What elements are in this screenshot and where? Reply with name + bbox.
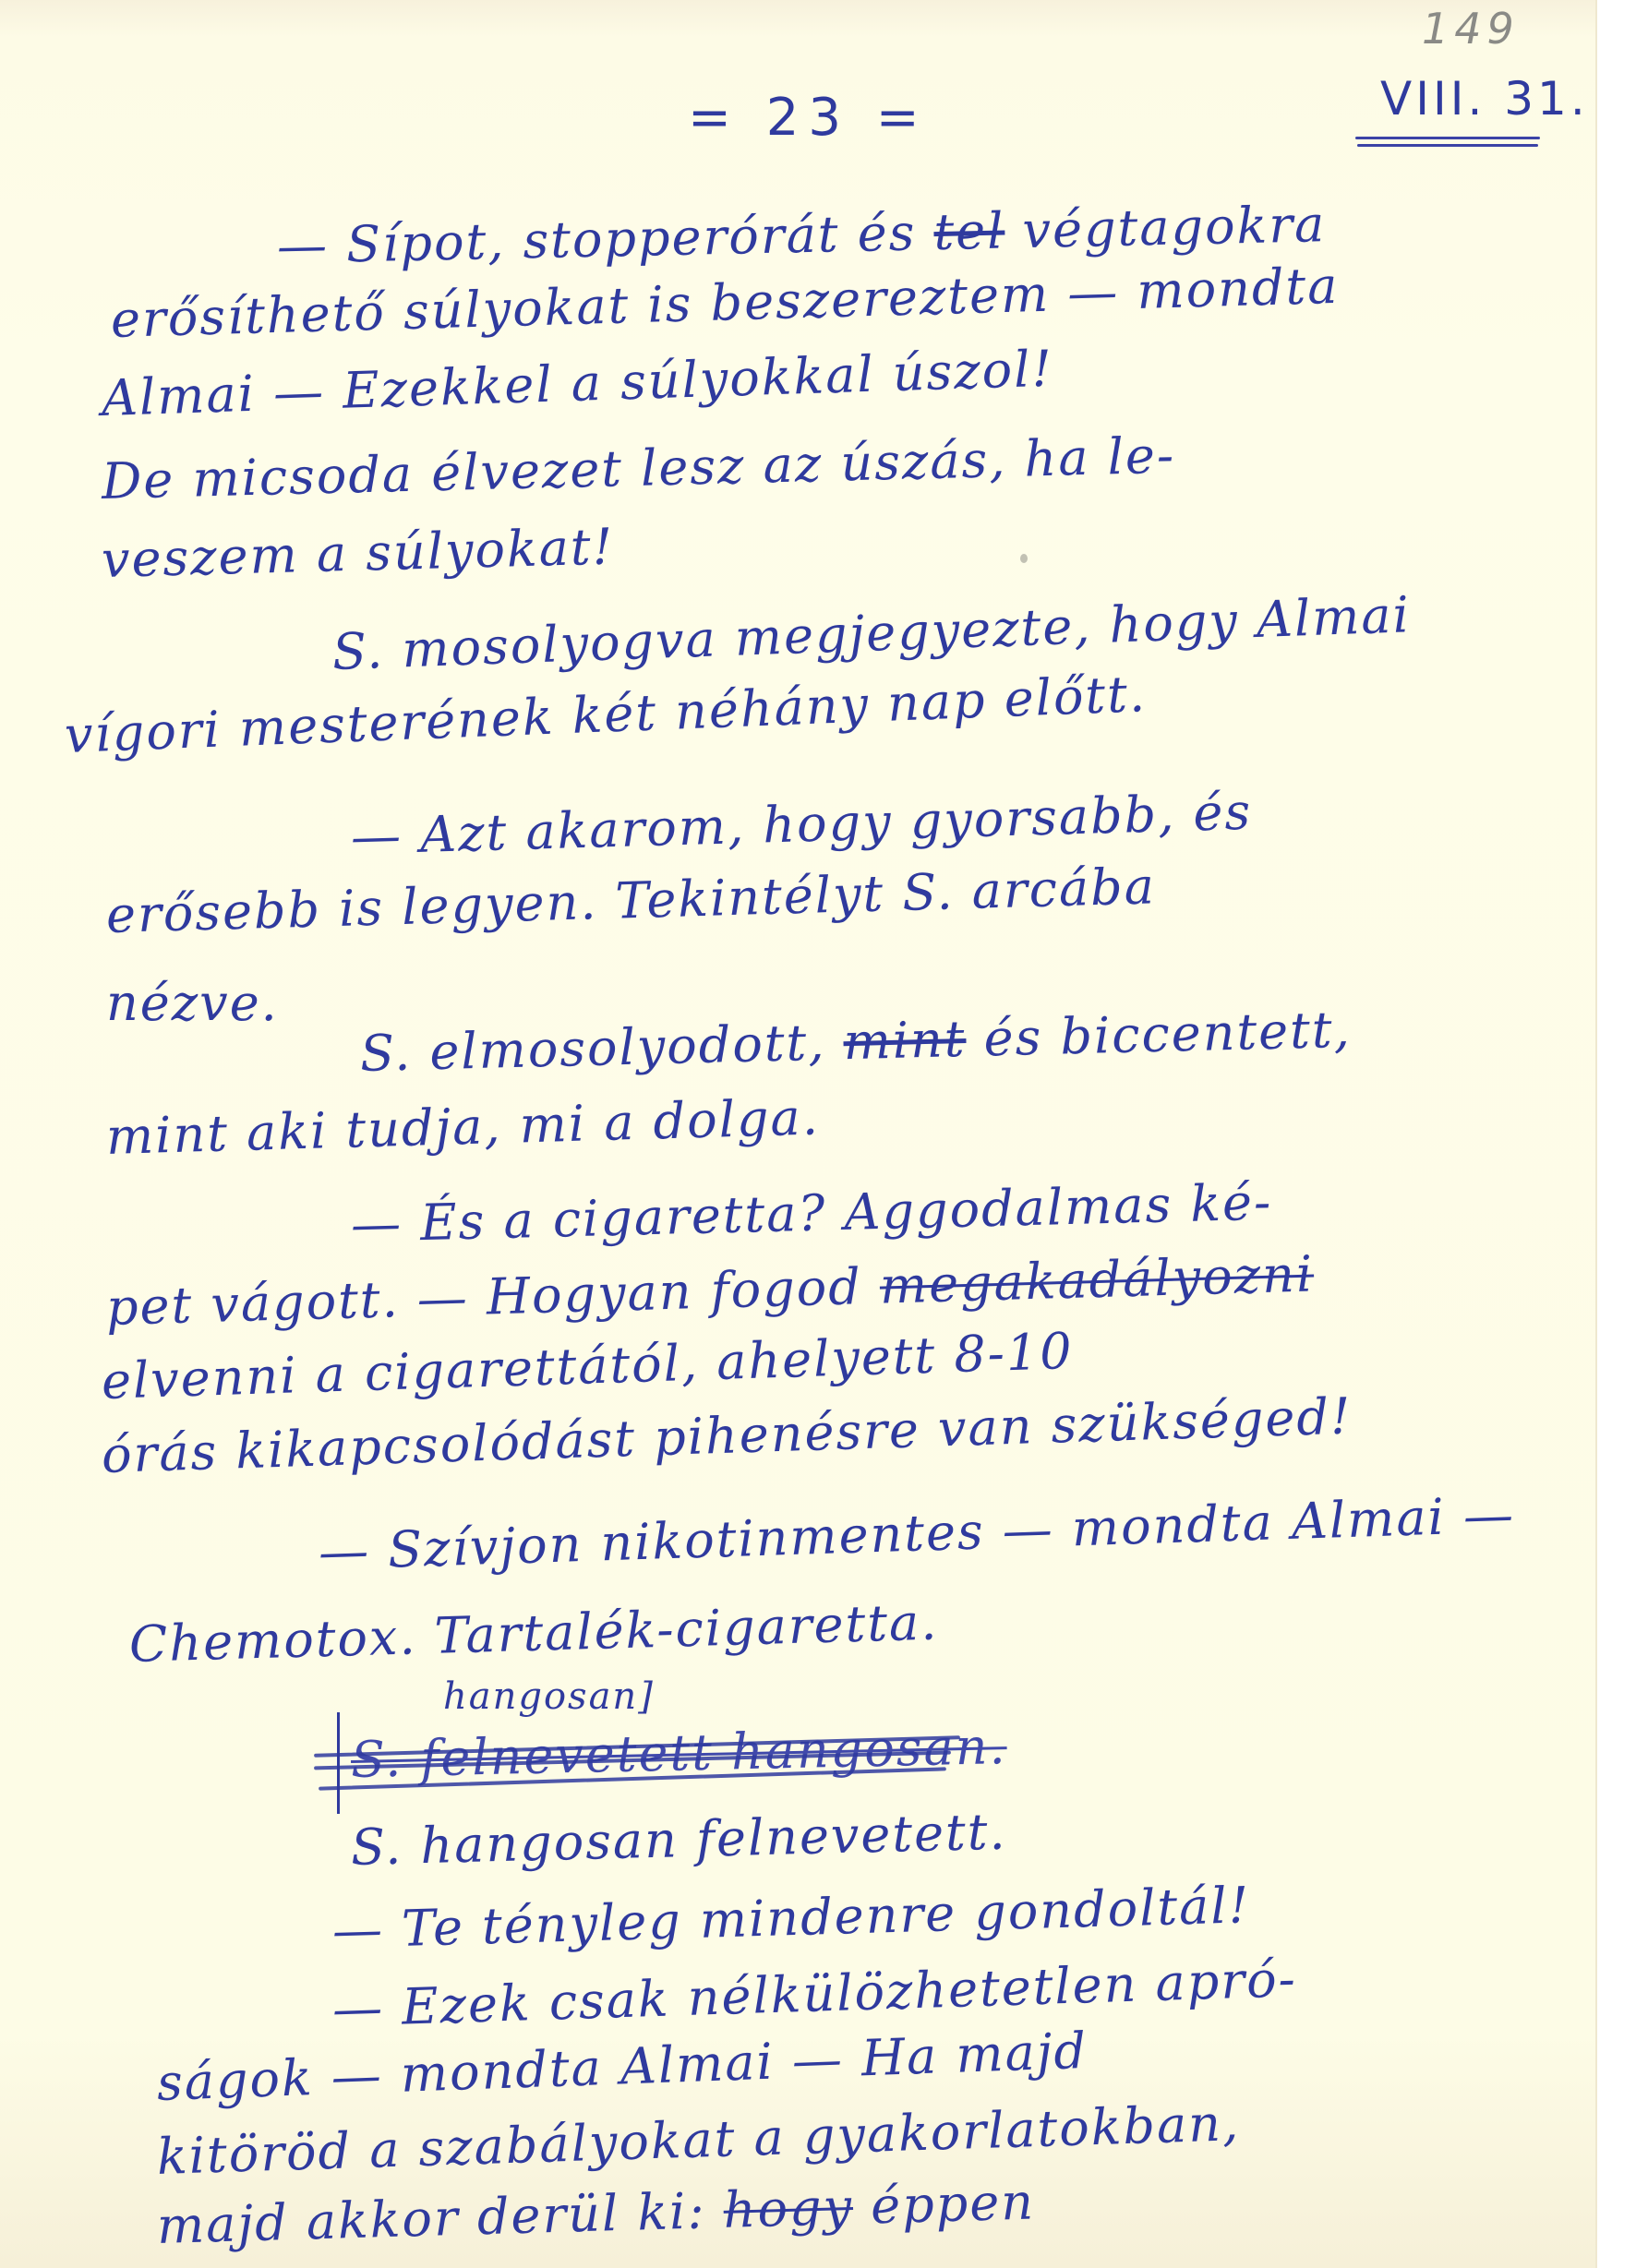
manuscript-line-3: Almai — Ezekkel a súlyokkal úszol! (101, 344, 1054, 424)
line-text: Chemotox. (128, 1607, 417, 1674)
manuscript-line-18: Chemotox. Tartalék-cigaretta. (128, 1598, 939, 1670)
manuscript-line-15: elvenni a cigarettától, ahelyett 8-10 (101, 1326, 1074, 1407)
manuscript-line-21: — Te tényleg mindenre gondoltál! (331, 1880, 1251, 1956)
page-number: = 23 = (688, 88, 929, 148)
manuscript-page: 149 VIII. 31. = 23 = — Sípot, stopperórá… (0, 0, 1597, 2268)
manuscript-line-6: S. mosolyogva megjegyezte, hogy Almai (331, 590, 1412, 678)
line-text: — Sípot, stopperórát és (276, 204, 917, 275)
line-text: Tartalék-cigaretta. (434, 1593, 939, 1665)
margin-bracket (337, 1712, 340, 1814)
line-text: — Szívjon nikotinmentes (318, 1502, 986, 1581)
manuscript-line-5: veszem a súlyokat! (101, 522, 615, 585)
date-underline-1 (1355, 137, 1540, 139)
line-text: majd akkor derül ki: (156, 2181, 706, 2255)
struck-word: hogy (723, 2178, 854, 2239)
manuscript-line-7: vígori mesterének két néhány nap előtt. (64, 669, 1148, 761)
paper-speck (1020, 554, 1028, 563)
date-underline-2 (1357, 144, 1538, 147)
manuscript-line-16: órás kikapcsolódást pihenésre van szüksé… (101, 1391, 1353, 1481)
manuscript-line-13: — És a cigaretta? Aggodalmas ké- (350, 1178, 1272, 1250)
struck-word: mint (843, 1010, 967, 1071)
manuscript-line-14: pet vágott. — Hogyan fogod megakadályozn… (105, 1249, 1315, 1333)
manuscript-line-20: S. hangosan felnevetett. (350, 1807, 1007, 1873)
line-text: — mondta Almai — (1002, 1485, 1516, 1559)
manuscript-line-10: nézve. (106, 978, 279, 1028)
manuscript-line-23: ságok — mondta Almai — Ha majd (156, 2026, 1089, 2108)
insertion-note: hangosan] (443, 1675, 655, 1718)
manuscript-line-4: De micsoda élvezet lesz az úszás, ha le- (101, 431, 1175, 507)
manuscript-line-22: — Ezek csak nélkülözhetetlen apró- (331, 1954, 1297, 2034)
struck-word: tel (933, 201, 1005, 261)
manuscript-line-24: kitöröd a szabályokat a gyakorlatokban, (156, 2098, 1241, 2182)
line-text: S. elmosolyodott, (359, 1014, 826, 1083)
manuscript-line-12: mint aki tudja, mi a dolga. (105, 1092, 820, 1162)
line-text: és biccentett, (983, 1001, 1353, 1068)
date-heading: VIII. 31. (1380, 72, 1589, 126)
manuscript-line-17: — Szívjon nikotinmentes — mondta Almai — (318, 1490, 1516, 1578)
manuscript-line-8: — Azt akarom, hogy gyorsabb, és (350, 787, 1253, 862)
manuscript-line-25: majd akkor derül ki: hogy éppen (156, 2177, 1035, 2251)
line-text: éppen (870, 2172, 1036, 2235)
line-text: pet vágott. — Hogyan fogod (105, 1257, 862, 1337)
line-text: végtagokra (1022, 195, 1327, 259)
struck-word: megakadályozni (879, 1244, 1315, 1314)
manuscript-line-11: S. elmosolyodott, mint és biccentett, (359, 1005, 1352, 1079)
archive-number: 149 (1422, 4, 1520, 54)
manuscript-line-9: erősebb is legyen. Tekintélyt S. arcába (105, 861, 1156, 941)
